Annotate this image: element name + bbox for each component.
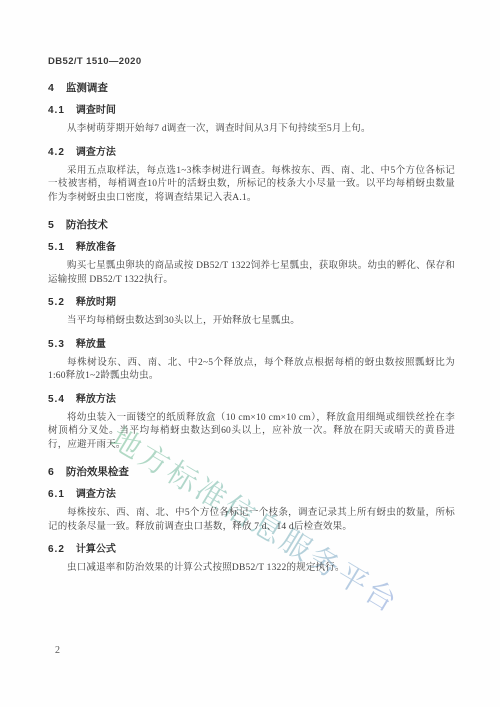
clause-number: 5.4 xyxy=(48,394,65,405)
paragraph-5-3: 每株树设东、西、南、北、中2~5个释放点，每个释放点根据每梢的蚜虫数按照瓢蚜比为… xyxy=(48,357,455,384)
clause-title: 释放量 xyxy=(76,339,106,350)
clause-heading-6-2: 6.2计算公式 xyxy=(48,543,455,557)
clause-heading-6-1: 6.1调查方法 xyxy=(48,488,455,502)
clause-heading-5-2: 5.2释放时期 xyxy=(48,296,455,310)
clause-title: 调查方法 xyxy=(76,147,116,158)
clause-heading-5-4: 5.4释放方法 xyxy=(48,393,455,407)
clause-title: 释放方法 xyxy=(76,394,116,405)
clause-number: 6.2 xyxy=(48,544,65,555)
page-number: 2 xyxy=(55,645,60,656)
clause-heading-5-1: 5.1释放准备 xyxy=(48,241,455,255)
clause-heading-5-3: 5.3释放量 xyxy=(48,338,455,352)
section-title: 防治效果检查 xyxy=(66,466,129,478)
section-title: 监测调查 xyxy=(66,82,108,94)
section-title: 防治技术 xyxy=(66,219,108,231)
document-content: DB52/T 1510—2020 4监测调查 4.1调查时间 从李树萌芽期开始每… xyxy=(0,0,500,576)
section-number: 5 xyxy=(48,219,55,231)
document-page: 地方标准信息服务平台 DB52/T 1510—2020 4监测调查 4.1调查时… xyxy=(0,0,500,707)
clause-heading-4-2: 4.2调查方法 xyxy=(48,146,455,160)
paragraph-4-2: 采用五点取样法，每点选1~3株李树进行调查。每株按东、西、南、北、中5个方位各标… xyxy=(48,165,455,206)
paragraph-5-2: 当平均每梢蚜虫数达到30头以上，开始释放七星瓢虫。 xyxy=(48,315,455,329)
section-heading-5: 5防治技术 xyxy=(48,218,455,232)
standard-number-header: DB52/T 1510—2020 xyxy=(48,55,455,68)
clause-number: 5.2 xyxy=(48,297,65,308)
section-number: 4 xyxy=(48,82,55,94)
paragraph-5-4: 将幼虫装入一面镂空的纸质释放盒（10 cm×10 cm×10 cm），释放盒用细… xyxy=(48,412,455,453)
clause-number: 5.1 xyxy=(48,242,65,253)
paragraph-6-1: 每株按东、西、南、北、中5个方位各标记一个枝条，调查记录其上所有蚜虫的数量，所标… xyxy=(48,507,455,534)
clause-title: 调查方法 xyxy=(76,489,116,500)
clause-number: 5.3 xyxy=(48,339,65,350)
section-heading-6: 6防治效果检查 xyxy=(48,465,455,479)
paragraph-6-2: 虫口减退率和防治效果的计算公式按照DB52/T 1322的规定执行。 xyxy=(48,562,455,576)
section-number: 6 xyxy=(48,466,55,478)
clause-number: 4.2 xyxy=(48,147,65,158)
clause-number: 6.1 xyxy=(48,489,65,500)
clause-heading-4-1: 4.1调查时间 xyxy=(48,104,455,118)
clause-title: 释放时期 xyxy=(76,297,116,308)
clause-title: 释放准备 xyxy=(76,242,116,253)
paragraph-4-1: 从李树萌芽期开始每7 d调查一次，调查时间从3月下旬持续至5月上旬。 xyxy=(48,123,455,137)
section-heading-4: 4监测调查 xyxy=(48,81,455,95)
clause-number: 4.1 xyxy=(48,105,65,116)
clause-title: 计算公式 xyxy=(76,544,116,555)
clause-title: 调查时间 xyxy=(76,105,116,116)
paragraph-5-1: 购买七星瓢虫卵块的商品或按 DB52/T 1322饲养七星瓢虫，获取卵块。幼虫的… xyxy=(48,260,455,287)
